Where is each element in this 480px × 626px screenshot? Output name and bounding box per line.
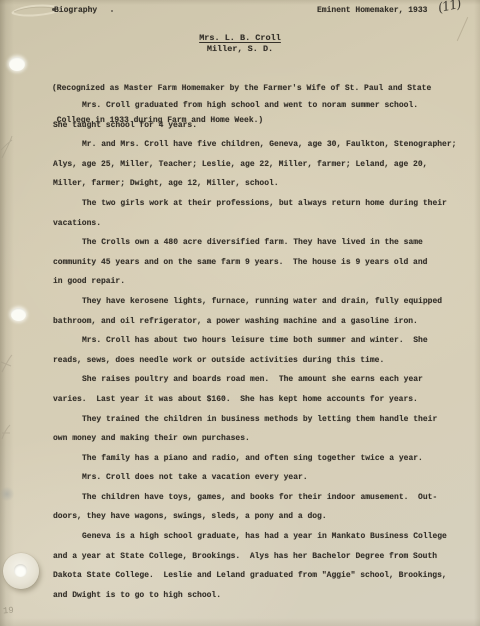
paragraph-line: doors, they have wagons, swings, sleds, …	[53, 507, 456, 527]
paragraph-line: community 45 years and on the same farm …	[53, 253, 456, 273]
document-body: Mrs. Croll graduated from high school an…	[53, 96, 456, 605]
paragraph-line: own money and making their own purchases…	[53, 429, 456, 449]
paragraph-line: The two girls work at their professions,…	[53, 194, 456, 214]
reinforced-punch-hole	[3, 553, 39, 589]
paragraph-line: Miller, farmer; Dwight, age 12, Miller, …	[53, 174, 456, 194]
paragraph-line: They trained the children in business me…	[53, 410, 456, 430]
paragraph-line: reads, sews, does needle work or outside…	[53, 351, 456, 371]
paragraph-line: Mr. and Mrs. Croll have five children, G…	[53, 135, 456, 155]
punch-hole	[11, 308, 26, 321]
paragraph-line: and a year at State College, Brookings. …	[53, 547, 456, 567]
paragraph-line: She raises poultry and boards road men. …	[53, 370, 456, 390]
paragraph-line: Geneva is a high school graduate, has ha…	[53, 527, 456, 547]
document-subtitle: Miller, S. D.	[0, 44, 480, 54]
paragraph-line: and Dwight is to go to high school.	[53, 586, 456, 606]
paragraph-line: The Crolls own a 480 acre diversified fa…	[53, 233, 456, 253]
paragraph-line: vacations.	[53, 214, 456, 234]
paragraph-line: Alys, age 25, Miller, Teacher; Leslie, a…	[53, 155, 456, 175]
document-title: Mrs. L. B. Croll	[0, 33, 480, 43]
paragraph-line: Mrs. Croll graduated from high school an…	[53, 96, 456, 116]
page-header-right: Eminent Homemaker, 1933	[317, 6, 427, 16]
paragraph-line: The family has a piano and radio, and of…	[53, 449, 456, 469]
punch-hole	[9, 57, 25, 71]
paragraph-line: varies. Last year it was about $160. She…	[53, 390, 456, 410]
corner-pencil-note: 19	[3, 606, 14, 617]
paragraph-line: Dakota State College. Leslie and Leland …	[53, 566, 456, 586]
paragraph-line: bathroom, and oil refrigerator, a power …	[53, 312, 456, 332]
paragraph-line: She taught school for 4 years.	[53, 116, 456, 136]
recognition-line: (Recognized as Master Farm Homemaker by …	[52, 84, 431, 95]
paragraph-line: Mrs. Croll does not take a vacation ever…	[53, 468, 456, 488]
paragraph-line: Mrs. Croll has about two hours leisure t…	[53, 331, 456, 351]
paragraph-line: The children have toys, games, and books…	[53, 488, 456, 508]
paragraph-line: in good repair.	[53, 272, 456, 292]
ink-dot	[111, 10, 113, 12]
paragraph-line: They have kerosene lights, furnace, runn…	[53, 292, 456, 312]
punch-hole	[14, 564, 27, 577]
page-label: Biography	[54, 6, 97, 16]
